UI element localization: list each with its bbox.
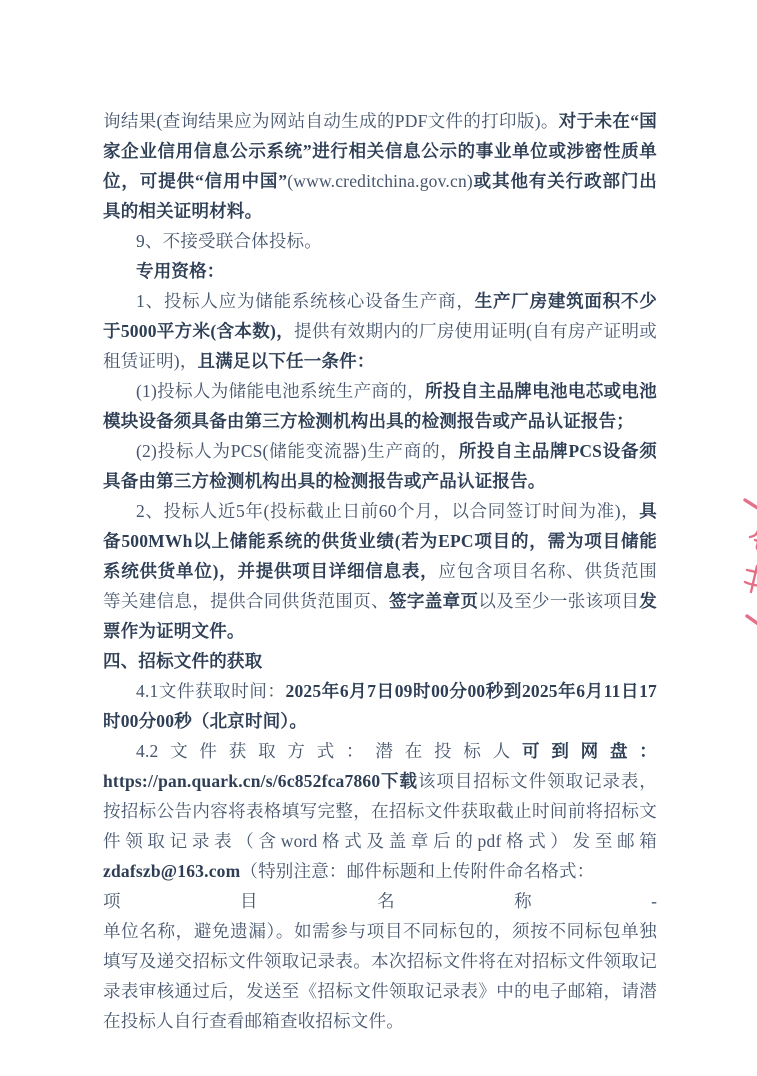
text-run: (1)投标人为储能电池系统生产商的， — [136, 381, 425, 401]
text-run: 1、投标人应为储能系统核心设备生产商， — [136, 291, 475, 311]
text-run: 4.1文件获取时间： — [136, 681, 286, 701]
text-run: 称 — [514, 886, 532, 916]
text-run: 9、不接受联合体投标。 — [136, 231, 322, 251]
text-run: 专用资格： — [136, 261, 225, 281]
text-run: 四、招标文件的获取 — [103, 651, 262, 671]
paragraph: (1)投标人为储能电池系统生产商的，所投自主品牌电池电芯或电池模块设备须具备由第… — [103, 376, 657, 436]
paragraph: 专用资格： — [103, 256, 657, 286]
paragraph: 4.1文件获取时间：2025年6月7日09时00分00秒到2025年6月11日1… — [103, 676, 657, 736]
scanned-document-page: 询结果(查询结果应为网站自动生成的PDF文件的打印版)。对于未在“国家企业信用信… — [0, 0, 757, 1076]
paragraph: 询结果(查询结果应为网站自动生成的PDF文件的打印版)。对于未在“国家企业信用信… — [103, 106, 657, 226]
section-heading: 四、招标文件的获取 — [103, 646, 657, 676]
text-run: 签字盖章页 — [389, 591, 478, 611]
red-ink-strokes — [735, 490, 757, 638]
document-body: 询结果(查询结果应为网站自动生成的PDF文件的打印版)。对于未在“国家企业信用信… — [103, 106, 657, 1036]
text-run: (www.creditchina.gov.cn) — [287, 171, 473, 191]
text-run: 4.2文件获取方式：潜在投标人 — [136, 741, 522, 761]
text-run: 目 — [240, 886, 258, 916]
text-run: - — [651, 886, 657, 916]
text-run: 且满足以下任一条件： — [198, 351, 375, 371]
paragraph: 1、投标人应为储能系统核心设备生产商，生产厂房建筑面积不少于5000平方米(含本… — [103, 286, 657, 376]
paragraph: (2)投标人为PCS(储能变流器)生产商的，所投自主品牌PCS设备须具备由第三方… — [103, 436, 657, 496]
spread-justified-line: 项目名称- — [103, 886, 657, 916]
text-run: (2)投标人为PCS(储能变流器)生产商的， — [136, 441, 459, 461]
paragraph: 2、投标人近5年(投标截止日前60个月，以合同签订时间为准)，具备500MWh以… — [103, 496, 657, 646]
text-run: 单位名称，避免遗漏）。如需参与项目不同标包的，须按不同标包单独填写及递交招标文件… — [103, 921, 657, 1031]
paragraph: 单位名称，避免遗漏）。如需参与项目不同标包的，须按不同标包单独填写及递交招标文件… — [103, 916, 657, 1036]
paragraph: 9、不接受联合体投标。 — [103, 226, 657, 256]
text-run: 项 — [103, 886, 121, 916]
text-run: 以及至少一张该项目 — [478, 591, 639, 611]
text-run: 询结果(查询结果应为网站自动生成的PDF文件的打印版)。 — [103, 111, 559, 131]
text-run: （特别注意：邮件标题和上传附件命名格式： — [240, 861, 594, 881]
text-run: 名 — [377, 886, 395, 916]
text-run: zdafszb@163.com — [103, 861, 240, 881]
red-ink-annotation — [735, 490, 757, 638]
text-run: 2、投标人近5年(投标截止日前60个月，以合同签订时间为准)， — [136, 501, 639, 521]
paragraph: 4.2文件获取方式：潜在投标人可到网盘：https://pan.quark.cn… — [103, 736, 657, 886]
